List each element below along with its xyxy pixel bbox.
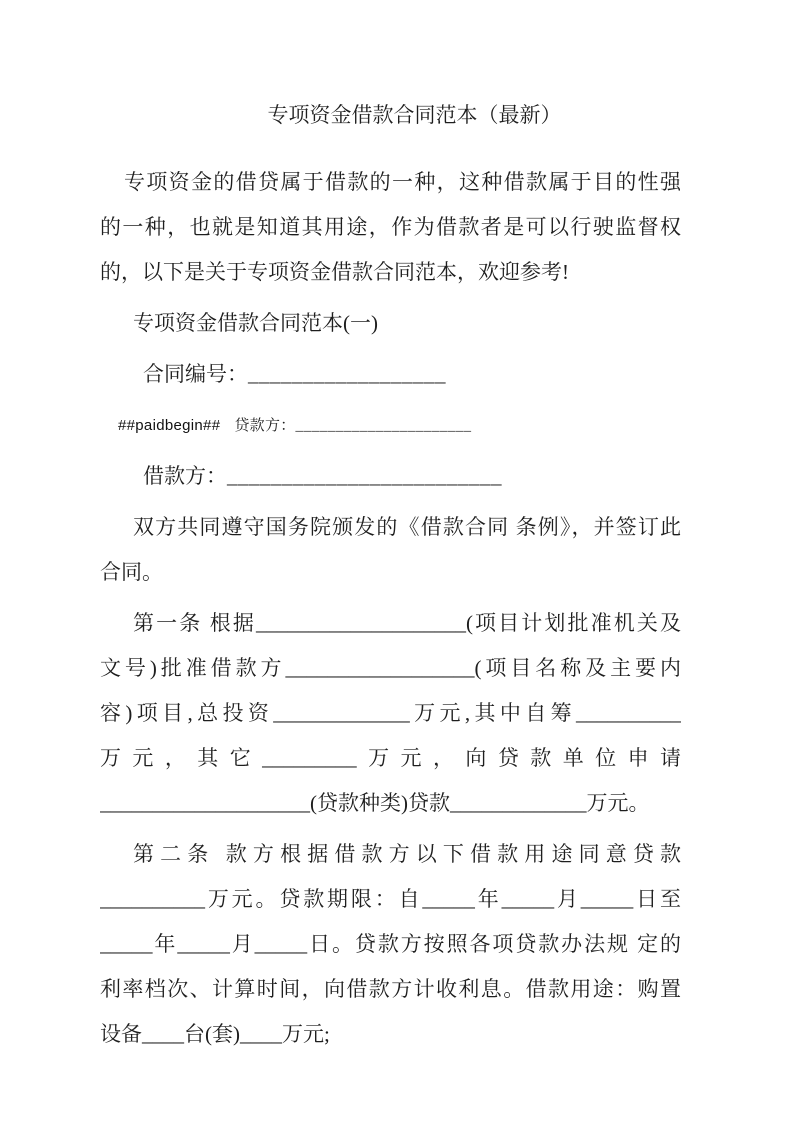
- article1-line: 第一条 根据____________________(项目计划批准机关及: [100, 601, 681, 646]
- borrower-label: 借款方：: [143, 464, 227, 488]
- subtitle: 专项资金借款合同范本(一): [100, 301, 681, 346]
- article2-line: 第二条 款方根据借款方以下借款用途同意贷款: [100, 832, 681, 877]
- subtitle-block: 专项资金借款合同范本(一): [100, 301, 681, 346]
- lender-label: 贷款方：: [234, 418, 295, 434]
- article2-line: __________万元。贷款期限：自_____年_____月_____日至: [100, 877, 681, 922]
- lender-blank: ______________________: [296, 418, 472, 434]
- article2-line: _____年_____月_____日。贷款方按照各项贷款办法规 定的: [100, 922, 681, 967]
- borrower-blank: _________________________: [227, 464, 502, 488]
- lender-line: ##paidbegin##贷款方：______________________: [100, 403, 681, 448]
- article1-line: ____________________(贷款种类)贷款____________…: [100, 781, 681, 826]
- borrower-line: 借款方：_________________________: [100, 454, 681, 499]
- intro-paragraph: 专项资金的借贷属于借款的一种，这种借款属于目的性强 的一种，也就是知道其用途，作…: [100, 160, 681, 295]
- agreement-paragraph: 双方共同遵守国务院颁发的《借款合同 条例》，并签订此 合同。: [100, 505, 681, 595]
- contract-number-label: 合同编号：: [143, 362, 248, 386]
- article1-line: 容)项目,总投资_____________万元,其中自筹__________: [100, 691, 681, 736]
- agreement-line: 合同。: [100, 550, 681, 595]
- article2-paragraph: 第二条 款方根据借款方以下借款用途同意贷款 __________万元。贷款期限：…: [100, 832, 681, 1057]
- intro-line: 的一种，也就是知道其用途，作为借款者是可以行驶监督权: [100, 205, 681, 250]
- article1-paragraph: 第一条 根据____________________(项目计划批准机关及 文号)…: [100, 601, 681, 826]
- article2-line: 设备____台(套)____万元;: [100, 1012, 681, 1057]
- article1-line: 万元，其它_________万元，向贷款单位申请: [100, 736, 681, 781]
- document-page: 专项资金借款合同范本（最新） 专项资金的借贷属于借款的一种，这种借款属于目的性强…: [0, 0, 793, 1122]
- contract-number-blank: __________________: [248, 362, 446, 386]
- intro-line: 专项资金的借贷属于借款的一种，这种借款属于目的性强: [100, 160, 681, 205]
- paid-begin-marker: ##paidbegin##: [118, 417, 220, 434]
- agreement-line: 双方共同遵守国务院颁发的《借款合同 条例》，并签订此: [100, 505, 681, 550]
- intro-line: 的，以下是关于专项资金借款合同范本，欢迎参考!: [100, 250, 681, 295]
- contract-number-line: 合同编号：__________________: [100, 352, 681, 397]
- article2-line: 利率档次、计算时间，向借款方计收利息。借款用途：购置: [100, 967, 681, 1012]
- article1-line: 文号)批准借款方__________________(项目名称及主要内: [100, 646, 681, 691]
- document-title: 专项资金借款合同范本（最新）: [100, 93, 681, 138]
